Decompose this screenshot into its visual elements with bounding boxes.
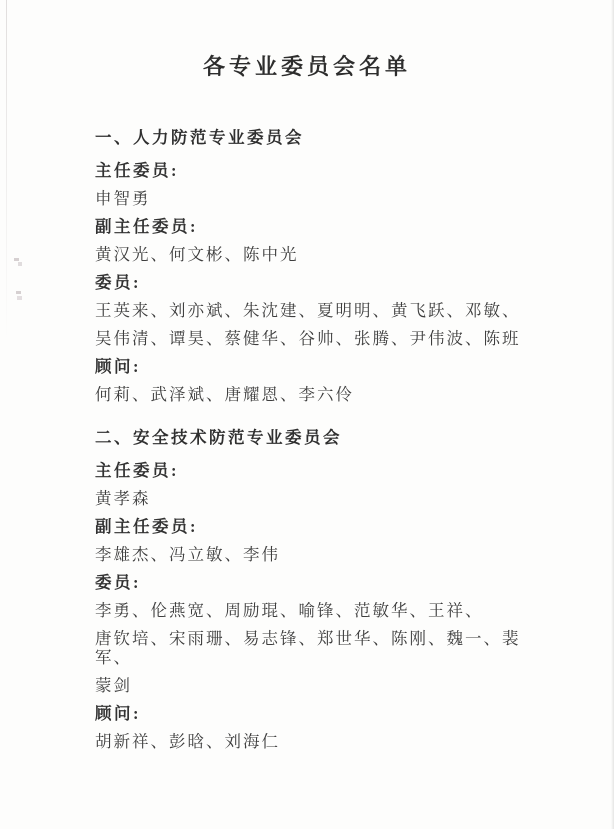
role-label-vice-chairman: 副主任委员: <box>95 217 554 236</box>
member-names-line: 李雄杰、冯立敏、李伟 <box>95 545 554 564</box>
role-label-vice-chairman: 副主任委员: <box>95 517 554 536</box>
role-label-advisors: 顾问: <box>95 704 554 723</box>
section-heading: 一、人力防范专业委员会 <box>95 128 554 148</box>
scan-edge-artifact-left <box>6 0 7 340</box>
scan-speck-artifact <box>14 258 19 261</box>
member-names-line: 何莉、武泽斌、唐耀恩、李六伶 <box>95 385 554 404</box>
role-label-members: 委员: <box>95 573 554 592</box>
member-names-line: 黄孝森 <box>95 489 554 508</box>
member-names-line: 黄汉光、何文彬、陈中光 <box>95 245 554 264</box>
member-names-line: 胡新祥、彭晗、刘海仁 <box>95 732 554 751</box>
member-names-line: 吴伟清、谭昊、蔡健华、谷帅、张腾、尹伟波、陈班 <box>95 329 554 348</box>
section-heading: 二、安全技术防范专业委员会 <box>95 428 554 448</box>
committee-section-security-tech-defense: 二、安全技术防范专业委员会 主任委员: 黄孝森 副主任委员: 李雄杰、冯立敏、李… <box>95 428 554 751</box>
member-names-line: 申智勇 <box>95 189 554 208</box>
member-names-line: 李勇、伦燕宽、周励琨、喻锋、范敏华、王祥、 <box>95 601 554 620</box>
role-label-chairman: 主任委员: <box>95 161 554 180</box>
role-label-members: 委员: <box>95 273 554 292</box>
member-names-line: 蒙剑 <box>95 676 554 695</box>
member-names-line: 唐钦培、宋雨珊、易志锋、郑世华、陈刚、魏一、裴军、 <box>95 629 554 667</box>
committee-section-human-defense: 一、人力防范专业委员会 主任委员: 申智勇 副主任委员: 黄汉光、何文彬、陈中光… <box>95 128 554 404</box>
role-label-advisors: 顾问: <box>95 357 554 376</box>
document-title: 各专业委员会名单 <box>0 0 614 82</box>
scan-speck-artifact <box>16 291 21 294</box>
role-label-chairman: 主任委员: <box>95 461 554 480</box>
document-body: 一、人力防范专业委员会 主任委员: 申智勇 副主任委员: 黄汉光、何文彬、陈中光… <box>0 128 614 751</box>
scanned-document-page: 各专业委员会名单 一、人力防范专业委员会 主任委员: 申智勇 副主任委员: 黄汉… <box>0 0 614 829</box>
member-names-line: 王英来、刘亦斌、朱沈建、夏明明、黄飞跃、邓敏、 <box>95 301 554 320</box>
